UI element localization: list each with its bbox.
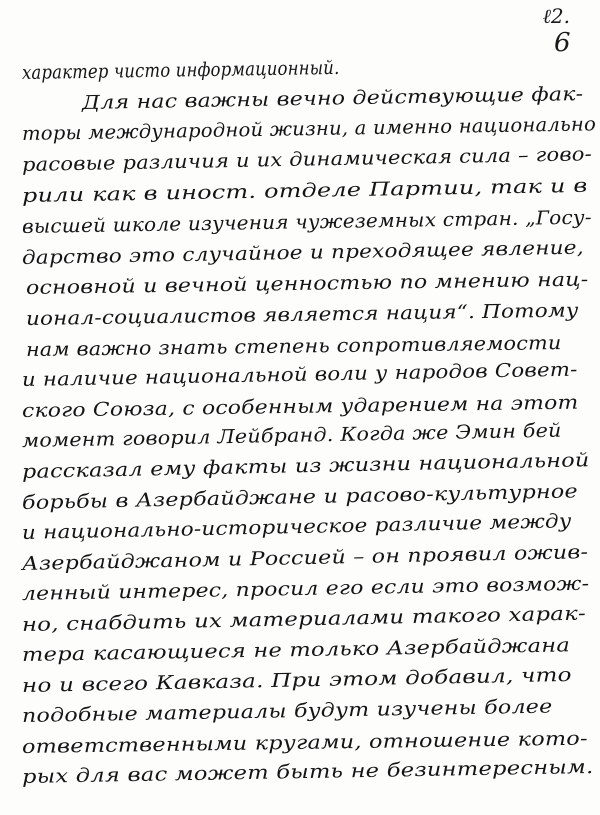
text-line: момент говорил Лейбранд. Когда же Эмин б… <box>22 420 562 452</box>
text-line: борьбы в Азербайджане и расово-культурно… <box>22 480 578 514</box>
text-line: но, снабдить их материалами такого харак… <box>22 603 587 636</box>
text-line: Азербайджаном и Россией – он проявил ожи… <box>22 541 589 575</box>
text-line: нам важно знать степень сопротивляемости <box>26 332 562 361</box>
text-line: и национально-историческое различие межд… <box>22 510 572 544</box>
text-line: торы международной жизни, а именно нацио… <box>22 113 596 145</box>
text-line: но и всего Кавказа. При этом добавил, чт… <box>22 664 572 697</box>
text-line: характер чисто информационный. <box>22 57 340 84</box>
text-line: и наличие национальной воли у народов Со… <box>22 359 578 391</box>
text-line: рили как в иност. отделе Партии, так и в <box>22 175 588 207</box>
page-number: 6 <box>549 30 576 56</box>
text-line: рассказал ему факты из жизни национально… <box>22 449 590 483</box>
manuscript-page: ℓ2. 6 характер чисто информационный. Для… <box>0 0 600 815</box>
text-line: рых для вас может быть не безинтересным. <box>22 756 594 788</box>
text-line: ответственными кругами, отношение кото- <box>22 728 588 758</box>
text-line: ленный интерес, просил его если это возм… <box>22 573 590 605</box>
text-line: ионал-социалистов является нация“. Потом… <box>26 299 579 330</box>
text-line: Для нас важны вечно действующие фак- <box>82 83 584 114</box>
text-line: тера касающиеся не только Азербайджана <box>22 634 571 666</box>
text-line: расовые различия и их динамическая сила … <box>22 143 592 176</box>
text-line: подобные материалы будут изучены более <box>22 695 553 727</box>
text-line: дарство это случайное и преходящее явлен… <box>22 237 584 269</box>
text-line: высшей школе изучения чужеземных стран. … <box>22 207 592 238</box>
page-number-marker: ℓ2. 6 <box>549 6 576 56</box>
text-line: основной и вечной ценностью по мнению на… <box>26 269 589 299</box>
sheet-mark: ℓ2. <box>543 6 570 26</box>
text-line: ского Союза, с особенным ударением на эт… <box>22 392 579 422</box>
